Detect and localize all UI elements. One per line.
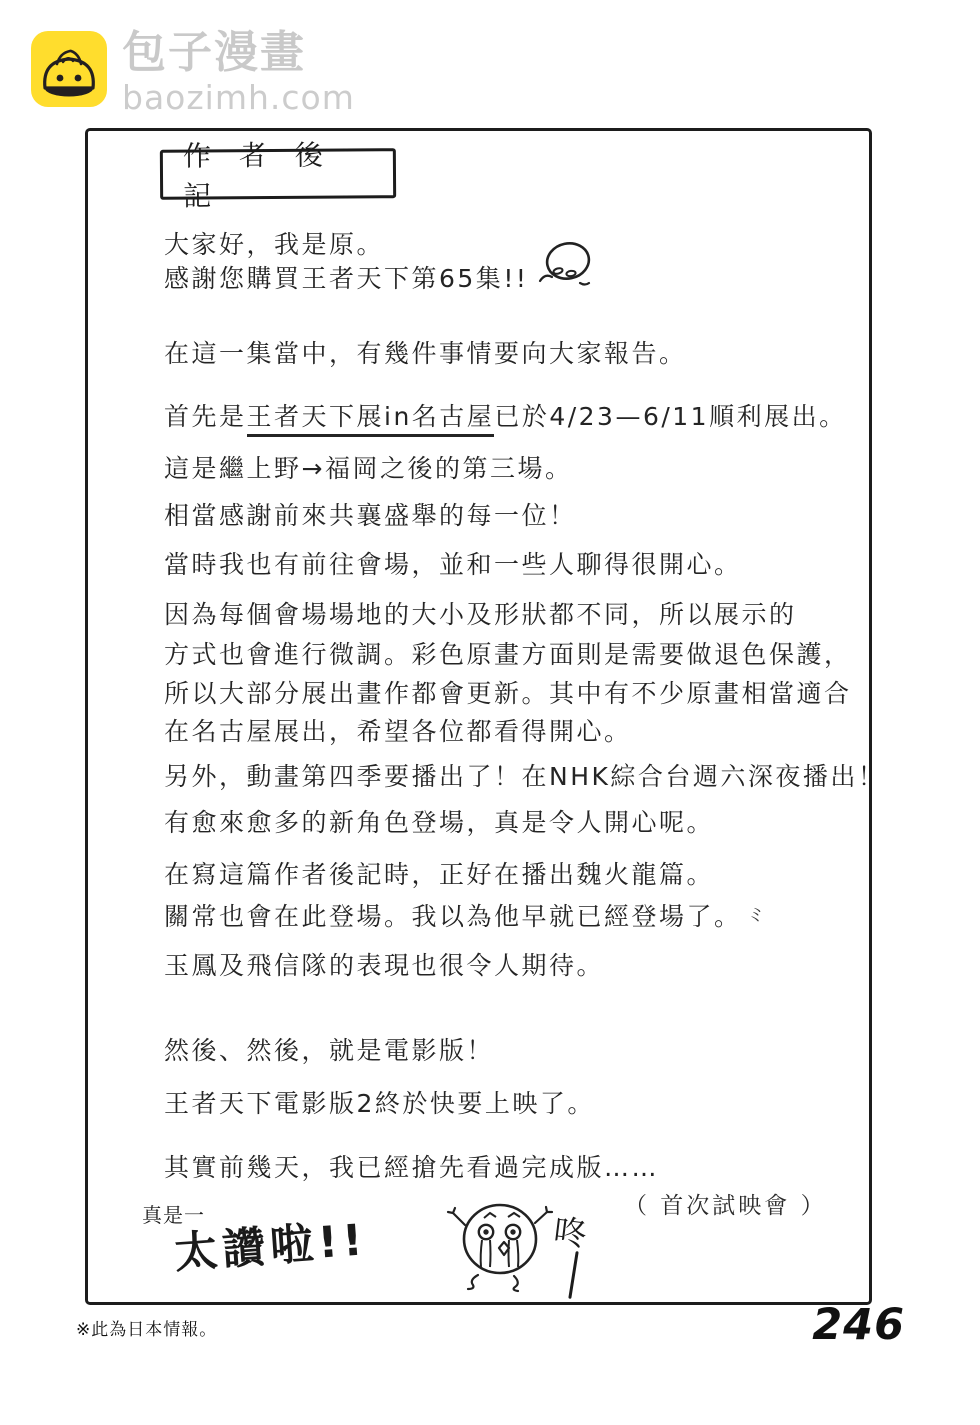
awesome-exclamation: 太讚啦!! [172,1206,369,1280]
afterword-frame: 作者後記 大家好，我是原。 感謝您購買王者天下第65集!! 在這一集當中，有幾件… [85,128,872,1305]
afterword-line: 在名古屋展出，希望各位都看得開心。 [164,712,632,748]
site-domain: baozimh.com [122,78,355,117]
afterword-line-kanjou: 關常也會在此登場。我以為他早就已經登場了。ミ [164,897,767,933]
afterword-line: 玉鳳及飛信隊的表現也很令人期待。 [164,946,604,982]
afterword-line: 因為每個會場場地的大小及形狀都不同，所以展示的 [164,595,797,631]
afterword-line: 當時我也有前往會場，並和一些人聊得很開心。 [164,545,742,581]
site-name: 包子漫畫 [122,30,355,76]
sweat-squiggle-mark: ミ [745,899,769,928]
afterword-line: 其實前幾天，我已經搶先看過完成版…… [164,1148,659,1184]
afterword-line: 感謝您購買王者天下第65集!! [164,259,528,295]
afterword-line: 相當感謝前來共襄盛舉的每一位！ [164,496,577,532]
afterword-line: 王者天下電影版2終於快要上映了。 [164,1084,595,1120]
kanjou-text: 關常也會在此登場。我以為他早就已經登場了。 [164,902,742,931]
afterword-line: 這是繼上野→福岡之後的第三場。 [164,449,572,485]
exhibition-pre: 首先是 [164,402,247,431]
crying-face-doodle [442,1193,564,1297]
page-number: 246 [800,1300,905,1350]
japan-info-footnote: ※此為日本情報。 [76,1315,217,1340]
afterword-line: 大家好，我是原。 [164,225,384,261]
afterword-line-exhibition: 首先是王者天下展in名古屋已於4/23—6/11順利展出。 [164,397,847,433]
premiere-note: （ 首次試映會 ） [624,1187,827,1220]
exhibition-title-underlined: 王者天下展in名古屋 [247,402,495,437]
afterword-line: 所以大部分展出畫作都會更新。其中有不少原畫相當適合 [164,674,852,710]
afterword-title: 作者後記 [163,133,394,215]
afterword-line: 方式也會進行微調。彩色原畫方面則是需要做退色保護， [164,635,852,671]
bowing-face-doodle [534,237,596,293]
thump-sfx-text: 咚 [551,1205,589,1256]
baozi-bun-icon [30,30,108,108]
afterword-line: 另外，動畫第四季要播出了！在NHK綜合台週六深夜播出！ [164,757,885,793]
afterword-line: 在這一集當中，有幾件事情要向大家報告。 [164,334,687,370]
afterword-line: 然後、然後，就是電影版！ [164,1031,494,1067]
site-logo-text: 包子漫畫 baozimh.com [122,30,355,117]
site-logo: 包子漫畫 baozimh.com [30,30,355,117]
exhibition-post: 已於4/23—6/11順利展出。 [494,402,846,431]
afterword-line: 有愈來愈多的新角色登場，真是令人開心呢。 [164,803,714,839]
afterword-title-box: 作者後記 [160,148,396,200]
afterword-line: 在寫這篇作者後記時，正好在播出魏火龍篇。 [164,855,714,891]
sfx-stroke [568,1251,578,1299]
